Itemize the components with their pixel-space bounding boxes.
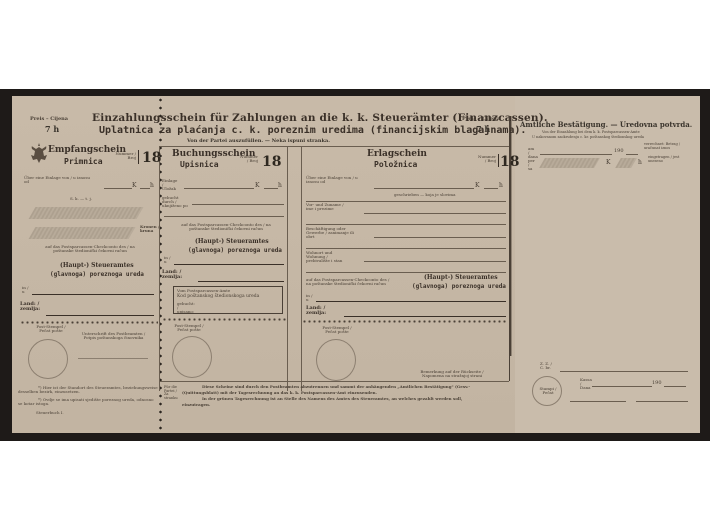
deposit-notes-label: Bemerkung auf der Rückseite / Napomena n… bbox=[412, 370, 492, 378]
confirmation-amount-label: per / sa bbox=[528, 159, 534, 171]
deposit-amount-h-field[interactable] bbox=[484, 188, 498, 189]
booking-amount-label: Einlage / Uložak bbox=[162, 179, 178, 191]
receipt-number: 18 bbox=[142, 151, 161, 165]
divider-1 bbox=[159, 146, 160, 391]
price-value-left: 7 h bbox=[45, 125, 59, 133]
bottom-side-label: Für die Partei / Za stranku bbox=[164, 386, 180, 400]
booking-currency-h: h bbox=[278, 183, 282, 189]
confirmation-subtitle-1: Von der Einzahlung bei dem k. k. Postspa… bbox=[542, 131, 640, 135]
confirmation-signature-field-1[interactable] bbox=[570, 401, 626, 402]
price-value-right: 7 h bbox=[476, 125, 490, 133]
booking-account-text: auf das Postsparcassen-Checkconto des / … bbox=[176, 223, 276, 231]
booking-separator bbox=[162, 318, 286, 321]
receipt-amount-h-field[interactable] bbox=[140, 188, 150, 189]
receipt-amount-krone-field[interactable] bbox=[29, 227, 136, 239]
receipt-signature-field[interactable] bbox=[78, 358, 148, 359]
receipt-title-hr: Primnica bbox=[64, 158, 103, 166]
receipt-currency-h: h bbox=[150, 183, 154, 189]
receipt-in-label: in / u bbox=[22, 286, 30, 294]
deposit-office-de: (Haupt-) Steueramtes bbox=[424, 275, 498, 281]
deposit-in-label: in / u bbox=[306, 294, 314, 302]
confirmation-cz-label: Z. Z. / C. br. bbox=[540, 362, 552, 370]
booking-in-label: in / u bbox=[164, 256, 172, 264]
receipt-number-label: Nummer / Broj bbox=[114, 152, 136, 160]
booking-amount-h-field[interactable] bbox=[264, 188, 278, 189]
receipt-footnote-2: *) Ovdje se ima upisati sjedište porezno… bbox=[18, 398, 158, 406]
price-label-left: Preis – Cijena bbox=[30, 117, 68, 122]
top-rule bbox=[159, 146, 509, 147]
double-headed-eagle-icon bbox=[29, 142, 49, 164]
receipt-currency-k: K bbox=[132, 183, 136, 189]
bottom-note-line-1: Diese Scheine sind durch den Postbeamten… bbox=[202, 385, 470, 389]
receipt-footnote-1: *) Hier ist der Standort des Steueramtes… bbox=[18, 386, 158, 394]
booking-office-de: (Haupt-) Steueramtes bbox=[195, 239, 269, 245]
confirmation-currency-h: h bbox=[638, 160, 642, 166]
receipt-signature-label: Unterschrift des Postbeamten / Potpis po… bbox=[76, 332, 151, 340]
booking-land-label: Land: / zemlja: bbox=[162, 270, 184, 280]
booking-currency-k: K bbox=[255, 183, 259, 189]
deposit-amount-label: Über eine Einlage von / u iznosu od bbox=[306, 176, 364, 184]
receipt-in-field[interactable] bbox=[32, 294, 154, 295]
confirmation-note-right: eingetragen / jest uneseno bbox=[648, 156, 686, 163]
deposit-title-hr: Položnica bbox=[374, 161, 417, 169]
confirmation-year-bottom: 190 bbox=[652, 381, 662, 386]
tax-payment-form: Preis – Cijena 7 h Einzahlungsschein für… bbox=[12, 96, 700, 433]
booking-number-label: Nummer / Broj bbox=[238, 155, 258, 163]
deposit-residence-field-2[interactable] bbox=[306, 272, 506, 273]
confirmation-cz-field[interactable] bbox=[560, 371, 688, 372]
deposit-words-label: geschrieben — koja je slovima bbox=[394, 193, 455, 197]
booking-extra-line[interactable] bbox=[164, 216, 284, 217]
receipt-office-de: (Haupt-) Steueramtes bbox=[60, 263, 134, 269]
booking-in-field[interactable] bbox=[174, 264, 284, 265]
receipt-amount-k-field[interactable] bbox=[104, 188, 132, 189]
booking-office-hr: (glavnoga) poreznoga ureda bbox=[188, 248, 282, 254]
confirmation-stamp-label: Stampi / Pečat bbox=[538, 387, 558, 395]
receipt-abbrev: S. k. — t. j. bbox=[70, 197, 92, 201]
booking-box-line-1: Vom Postsparcassen-Amte bbox=[177, 289, 230, 293]
bottom-note-line-3: In der grünen Tagesrechnung ist an Stell… bbox=[202, 397, 462, 401]
confirmation-cashier-field[interactable] bbox=[592, 386, 652, 387]
booking-postmark-label: Post-Stempel / Pečat pošte bbox=[174, 324, 204, 332]
receipt-land-label: Land: / zemlja: bbox=[20, 302, 42, 312]
deposit-office-hr: (glavnoga) poreznoga ureda bbox=[412, 284, 506, 290]
deposit-name-field-2[interactable] bbox=[306, 224, 506, 225]
header-instruction: Von der Partei auszufüllen. — Neka ispun… bbox=[187, 139, 330, 144]
bottom-note-line-4: einzutragen. bbox=[182, 403, 210, 407]
confirmation-year-field[interactable] bbox=[626, 154, 638, 155]
receipt-account-text: auf das Postsparcassen-Checkconto des / … bbox=[40, 245, 140, 253]
divider-2 bbox=[287, 146, 288, 391]
deposit-residence-label: Wohnort und Wohnung / prebivalište i sta… bbox=[306, 251, 350, 263]
confirmation-currency-k: K bbox=[606, 160, 610, 166]
receipt-postmark-circle bbox=[28, 339, 68, 379]
receipt-land-field[interactable] bbox=[46, 315, 154, 316]
receipt-office-hr: (glavnoga) poreznoga ureda bbox=[50, 272, 144, 278]
confirmation-date-field[interactable] bbox=[540, 154, 612, 155]
deposit-postmark-label: Post-Stempel / Pečat pošte bbox=[322, 326, 352, 334]
deposit-occupation-field[interactable] bbox=[374, 237, 506, 238]
deposit-occupation-label: Beschäftigung oder Gewerbe / zanimanje i… bbox=[306, 227, 358, 239]
booking-box-line-2: Kod poštanskog štedionskoga ureda bbox=[177, 295, 259, 300]
confirmation-subtitle-2: U nakovanom zaokruženju c. kr. poštansko… bbox=[532, 136, 644, 140]
deposit-title-de: Erlagschein bbox=[367, 150, 427, 159]
divider-3 bbox=[301, 146, 302, 391]
confirmation-title: Amtliche Bestätigung. — Uredovna potvrda… bbox=[520, 121, 692, 128]
deposit-number: 18 bbox=[500, 155, 519, 169]
price-label-right: Preis – Cijena bbox=[462, 117, 500, 122]
bottom-note-line-2: (Quittungsblatt) mit der Tagesrechnung a… bbox=[182, 391, 377, 395]
number-separator bbox=[138, 150, 139, 164]
confirmation-received-label: verrechnet: Betrag / uračunat iznos bbox=[644, 143, 684, 150]
deposit-number-label: Nummer / Broj bbox=[476, 155, 496, 163]
booking-land-field[interactable] bbox=[198, 281, 284, 282]
header-title-hr: Uplatnica za plaćanja c. k. poreznim ure… bbox=[99, 126, 526, 136]
deposit-separator bbox=[302, 320, 508, 323]
deposit-occupation-field-2[interactable] bbox=[306, 248, 506, 249]
bottom-rule bbox=[159, 381, 509, 382]
booking-paid-by-field[interactable] bbox=[192, 204, 284, 205]
deposit-land-label: Land: / zemlja: bbox=[306, 306, 328, 316]
booking-box-line-3: gebucht: / upisano: bbox=[177, 302, 193, 314]
booking-postmark-circle bbox=[172, 336, 212, 378]
receipt-amount-words-field[interactable] bbox=[29, 207, 144, 219]
deposit-residence-field[interactable] bbox=[364, 261, 506, 262]
confirmation-cashier-label: Kassa / Dana bbox=[580, 378, 590, 390]
deposit-postmark-circle bbox=[316, 339, 356, 381]
deposit-land-field[interactable] bbox=[344, 316, 506, 317]
deposit-amount-k-field[interactable] bbox=[374, 188, 474, 189]
receipt-postmark-label: Post-Stempel / Pečat pošte bbox=[36, 325, 66, 333]
confirmation-amount-k-field[interactable] bbox=[539, 158, 600, 168]
deposit-currency-h: h bbox=[499, 183, 503, 189]
confirmation-stamp-circle: Stampi / Pečat bbox=[532, 376, 562, 406]
deposit-number-separator bbox=[498, 154, 499, 167]
deposit-account-text: auf das Postsparcassen-Checkconto des / … bbox=[306, 278, 394, 286]
booking-paid-by-label: gebucht durch / uknjiženo po bbox=[162, 196, 188, 208]
confirmation-year-bottom-field[interactable] bbox=[664, 386, 686, 387]
receipt-form-code: Steuerbuch I. bbox=[36, 411, 64, 415]
deposit-name-field[interactable] bbox=[364, 213, 506, 214]
booking-postal-office-box: Vom Postsparcassen-Amte Kod poštanskog š… bbox=[173, 286, 283, 314]
booking-title-hr: Upisnica bbox=[180, 161, 219, 169]
deposit-name-label: Vor- und Zuname / ime i prezime bbox=[306, 203, 346, 211]
booking-amount-k-field[interactable] bbox=[184, 188, 254, 189]
deposit-currency-k: K bbox=[475, 183, 479, 189]
receipt-amount-label: Über eine Einlage von / u iznosu od bbox=[24, 176, 94, 184]
booking-number: 18 bbox=[262, 155, 281, 169]
confirmation-year: 190 bbox=[614, 149, 624, 154]
confirmation-signature-field-2[interactable] bbox=[636, 401, 688, 402]
receipt-krone-label: Kronen / kruna bbox=[140, 225, 162, 233]
deposit-in-field[interactable] bbox=[316, 301, 506, 302]
